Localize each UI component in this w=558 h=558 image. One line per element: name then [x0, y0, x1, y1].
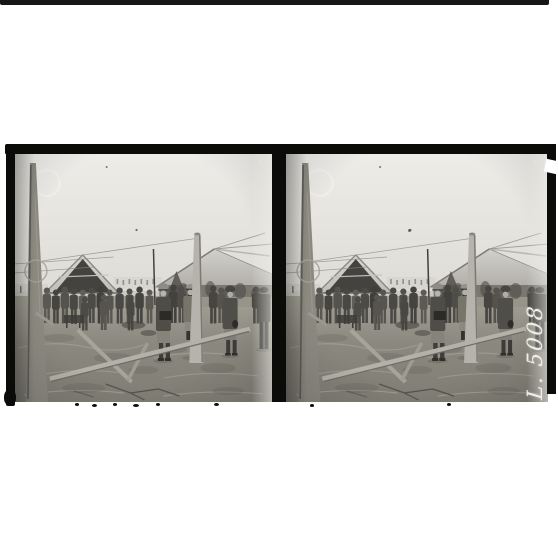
emulsion-blot	[4, 389, 16, 405]
left-photo-scene	[14, 153, 272, 402]
left-photo	[14, 153, 272, 402]
plate-border-bottom	[0, 0, 549, 5]
photo-scan-page: L. 5008	[0, 0, 558, 558]
ink-blot	[133, 404, 139, 407]
right-photo-scene	[286, 153, 548, 402]
border-notch	[544, 159, 558, 174]
ink-blot	[310, 404, 314, 407]
ink-blot	[214, 403, 219, 406]
ink-blot	[447, 403, 451, 406]
right-photo	[286, 153, 548, 402]
plate-border-right	[547, 144, 556, 394]
ink-blot	[156, 403, 160, 406]
plate-border-left	[6, 144, 15, 406]
ink-blot	[75, 403, 79, 406]
ink-blot	[113, 403, 117, 406]
plate-center-divider	[272, 144, 286, 402]
emulsion-speck	[408, 229, 411, 232]
stereo-plate: L. 5008	[0, 0, 558, 558]
ink-blot	[92, 404, 97, 407]
